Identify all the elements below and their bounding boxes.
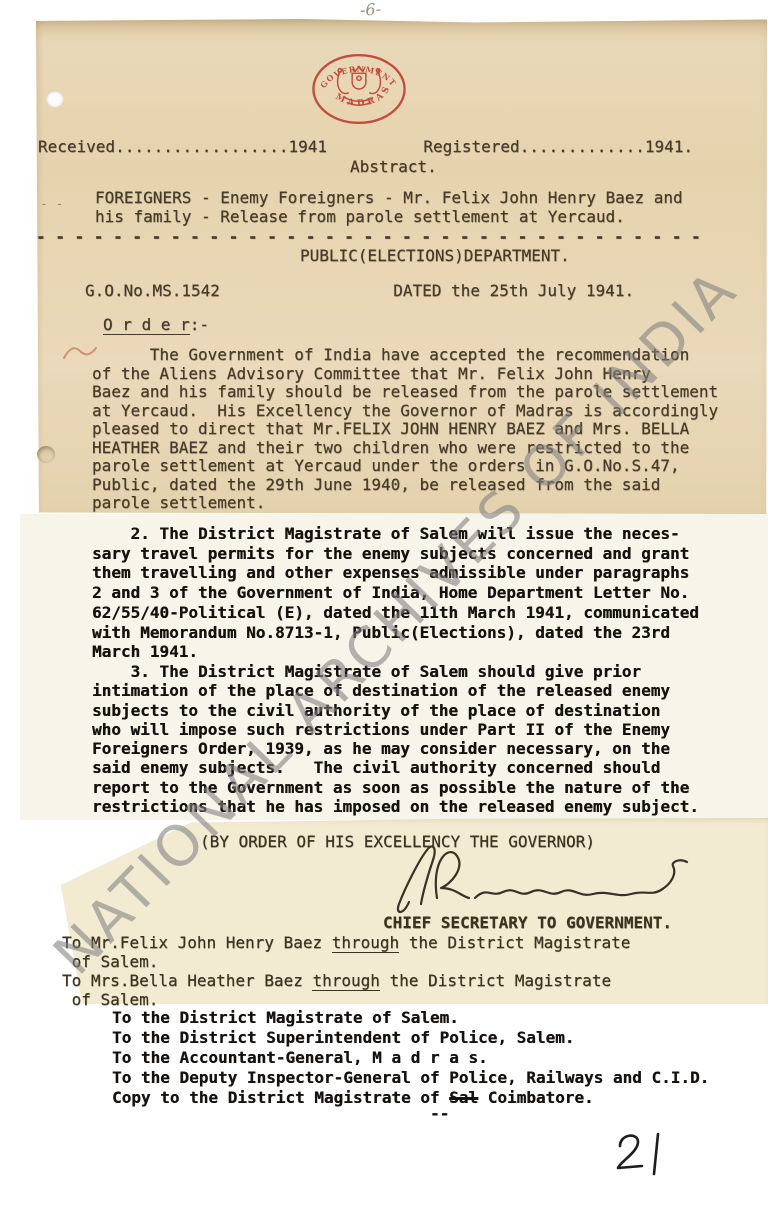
underlined-through: through (332, 933, 399, 953)
chief-secretary-signature (393, 842, 698, 918)
received-registered-line: Received..................1941 Registere… (38, 138, 693, 157)
order-paragraph-2: 2. The District Magistrate of Salem will… (92, 524, 699, 662)
order-label-suffix: :- (190, 315, 209, 334)
margin-marks: - - (40, 197, 63, 212)
distribution-line-2: To the District Superintendent of Police… (112, 1028, 574, 1047)
order-paragraph-1: The Government of India have accepted th… (92, 346, 718, 513)
abstract-label: Abstract. (350, 158, 437, 177)
order-label: O r d e r:- (103, 316, 209, 335)
addressee-mrs-line1: To Mrs.Bella Heather Baez through the Di… (62, 971, 611, 990)
end-dashes: -- (430, 1104, 449, 1123)
order-label-underlined: O r d e r (103, 315, 190, 335)
distribution-line-1: To the District Magistrate of Salem. (112, 1008, 459, 1027)
order-paragraph-3: 3. The District Magistrate of Salem shou… (92, 662, 699, 816)
underlined-through: through (312, 971, 379, 991)
department-heading: PUBLIC(ELECTIONS)DEPARTMENT. (300, 247, 570, 266)
punch-hole-top (46, 90, 64, 107)
handwritten-page-number-top: -6- (359, 0, 381, 20)
go-number-date-line: G.O.No.MS.1542 DATED the 25th July 1941. (85, 282, 634, 301)
addressee-mr-line1: To Mr.Felix John Henry Baez through the … (62, 933, 630, 952)
addressee-mrs-line2: of Salem. (62, 990, 158, 1009)
dashed-separator: - - - - - - - - - - - - - - - - - - - - … (36, 228, 701, 247)
addressee-mr-line2: of Salem. (62, 952, 158, 971)
distribution-line-3: To the Accountant-General, M a d r a s. (112, 1048, 488, 1067)
distribution-line-4: To the Deputy Inspector-General of Polic… (112, 1068, 709, 1087)
punch-hole-middle (37, 446, 55, 463)
subject-abstract-text: FOREIGNERS - Enemy Foreigners - Mr. Feli… (95, 189, 683, 226)
struck-out-word: Sal (449, 1088, 478, 1107)
scanned-document-page: -6- GOVERNMENT OF MADRAS Received.......… (0, 0, 768, 1210)
handwritten-page-number-bottom (610, 1128, 680, 1184)
madras-government-seal-stamp: GOVERNMENT OF MADRAS (310, 52, 408, 126)
distribution-copy-line: Copy to the District Magistrate of Sal C… (112, 1088, 594, 1107)
